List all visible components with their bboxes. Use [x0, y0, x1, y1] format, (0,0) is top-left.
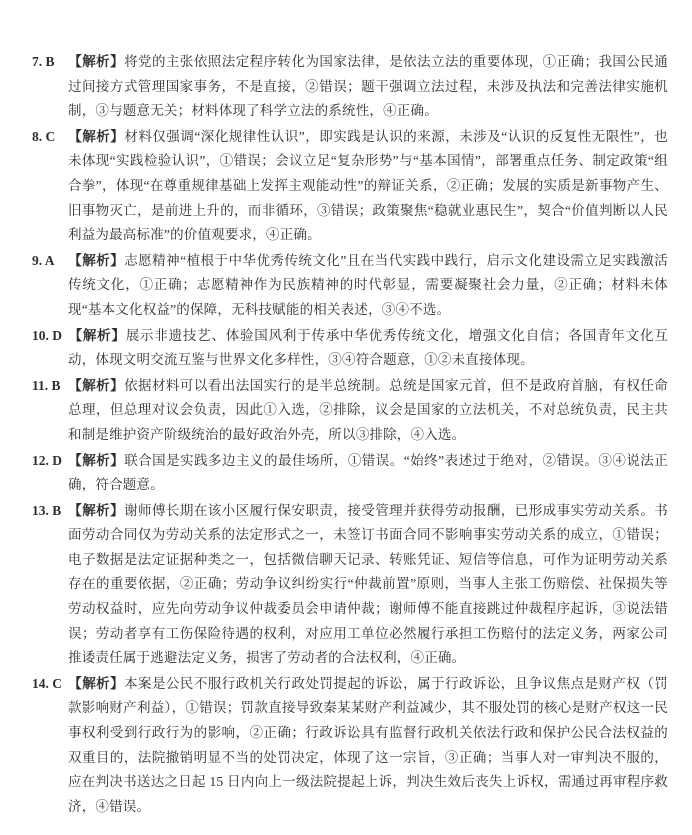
question-number: 9. A	[32, 249, 68, 274]
question-number: 11. B	[32, 374, 68, 399]
question-number: 10. D	[32, 324, 68, 349]
analysis-text: 本案是公民不服行政机关行政处罚提起的诉讼，属于行政诉讼，且争议焦点是财产权（罚款…	[68, 676, 668, 814]
answer-item-11: 11. B【解析】依据材料可以看出法国实行的是半总统制。总统是国家元首，但不是政…	[32, 374, 668, 448]
question-number: 8. C	[32, 125, 68, 150]
answer-item-14: 14. C【解析】本案是公民不服行政机关行政处罚提起的诉讼，属于行政诉讼，且争议…	[32, 672, 668, 820]
answer-item-8: 8. C【解析】材料仅强调“深化规律性认识”，即实践是认识的来源，未涉及“认识的…	[32, 125, 668, 248]
analysis-text: 依据材料可以看出法国实行的是半总统制。总统是国家元首，但不是政府首脑，有权任命总…	[68, 378, 668, 442]
analysis-label: 【解析】	[68, 503, 124, 518]
answer-item-12: 12. D【解析】联合国是实践多边主义的最佳场所，①错误。“始终”表述过于绝对，…	[32, 449, 668, 498]
analysis-label: 【解析】	[68, 453, 124, 468]
analysis-text: 展示非遗技艺、体验国风利于传承中华优秀传统文化，增强文化自信；各国青年文化互动，…	[68, 328, 668, 368]
analysis-label: 【解析】	[68, 54, 124, 69]
analysis-label: 【解析】	[68, 253, 124, 268]
answer-key-page: 7. B【解析】将党的主张依照法定程序转化为国家法律，是依法立法的重要体现，①正…	[0, 0, 692, 835]
analysis-label: 【解析】	[68, 676, 124, 691]
answer-item-7: 7. B【解析】将党的主张依照法定程序转化为国家法律，是依法立法的重要体现，①正…	[32, 50, 668, 124]
analysis-label: 【解析】	[68, 328, 126, 343]
analysis-text: 联合国是实践多边主义的最佳场所，①错误。“始终”表述过于绝对，②错误。③④说法正…	[68, 453, 668, 493]
answer-item-9: 9. A【解析】志愿精神“植根于中华优秀传统文化”且在当代实践中践行，启示文化建…	[32, 249, 668, 323]
analysis-text: 志愿精神“植根于中华优秀传统文化”且在当代实践中践行，启示文化建设需立足实践激活…	[68, 253, 668, 317]
question-number: 13. B	[32, 499, 68, 524]
question-number: 12. D	[32, 449, 68, 474]
analysis-text: 将党的主张依照法定程序转化为国家法律，是依法立法的重要体现，①正确；我国公民通过…	[68, 54, 668, 118]
question-number: 14. C	[32, 672, 68, 697]
analysis-label: 【解析】	[68, 378, 124, 393]
analysis-text: 材料仅强调“深化规律性认识”，即实践是认识的来源，未涉及“认识的反复性无限性”，…	[68, 129, 668, 242]
question-number: 7. B	[32, 50, 68, 75]
analysis-label: 【解析】	[68, 129, 124, 144]
answer-item-13: 13. B【解析】谢师傅长期在该小区履行保安职责，接受管理并获得劳动报酬，已形成…	[32, 499, 668, 671]
answer-item-10: 10. D【解析】展示非遗技艺、体验国风利于传承中华优秀传统文化，增强文化自信；…	[32, 324, 668, 373]
analysis-text: 谢师傅长期在该小区履行保安职责，接受管理并获得劳动报酬，已形成事实劳动关系。书面…	[68, 503, 668, 666]
